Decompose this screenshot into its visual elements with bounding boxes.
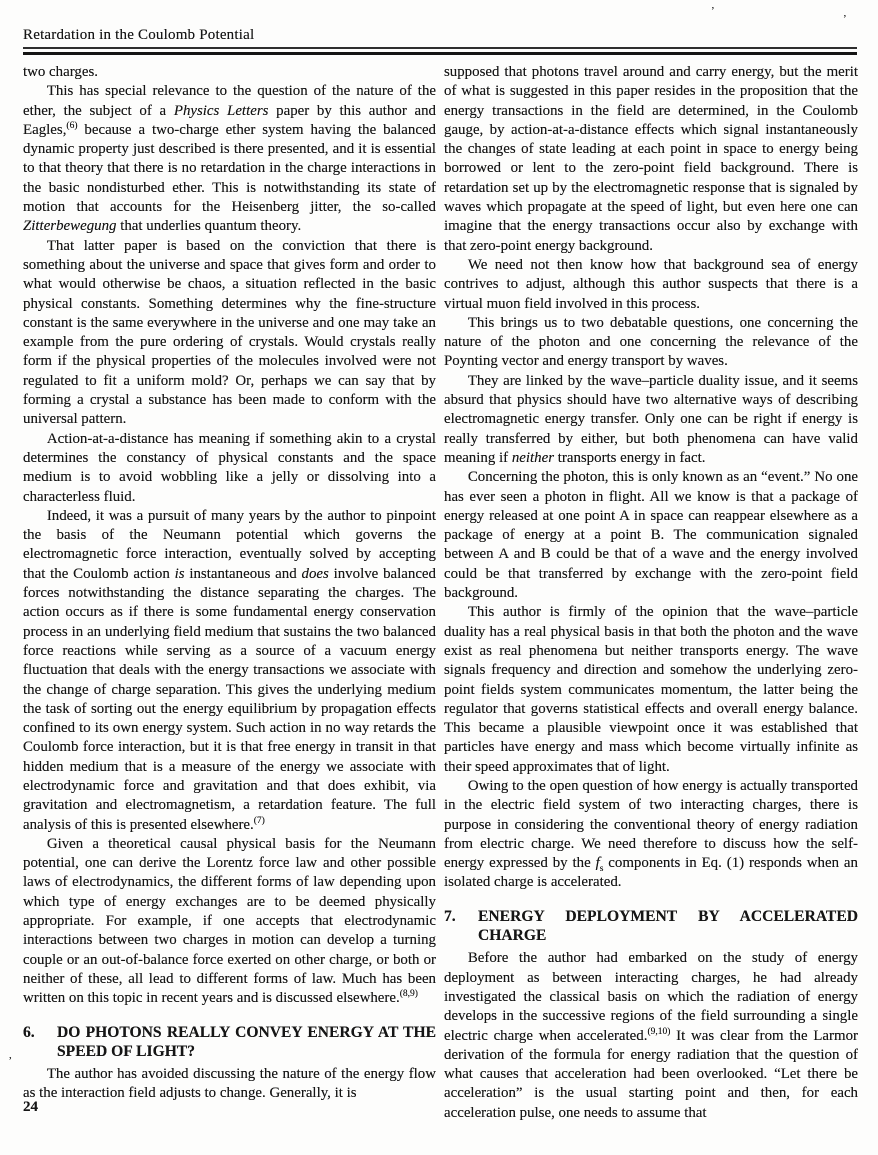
paragraph: Before the author had embarked on the st… [444, 949, 858, 1123]
header-rule [23, 47, 857, 55]
paragraph: Owing to the open question of how energy… [444, 777, 858, 893]
paragraph: Indeed, it was a pursuit of many years b… [23, 507, 436, 835]
paragraph: two charges. [23, 63, 436, 82]
section-title-line: CHARGE [478, 926, 858, 945]
section-number: 7. [444, 907, 456, 926]
page-number: 24 [23, 1099, 38, 1116]
paragraph: We need not then know how that backgroun… [444, 256, 858, 314]
section-title-line: SPEED OF LIGHT? [57, 1042, 436, 1061]
paragraph: supposed that photons travel around and … [444, 63, 858, 256]
running-head: Retardation in the Coulomb Potential [23, 27, 254, 44]
section-heading: 6.DO PHOTONS REALLY CONVEY ENERGY AT THE… [23, 1023, 436, 1062]
paragraph: They are linked by the wave–particle dua… [444, 372, 858, 468]
paragraph: Action-at-a-distance has meaning if some… [23, 430, 436, 507]
document-page: Retardation in the Coulomb Potential two… [0, 0, 878, 1155]
section-heading: 7.ENERGY DEPLOYMENT BY ACCELERATEDCHARGE [444, 907, 858, 946]
section-title-line: ENERGY DEPLOYMENT BY ACCELERATED [478, 907, 858, 926]
scan-speck: , [9, 1049, 12, 1061]
paragraph: That latter paper is based on the convic… [23, 237, 436, 430]
paragraph: Concerning the photon, this is only know… [444, 468, 858, 603]
column-left: two charges.This has special relevance t… [23, 63, 436, 1104]
paragraph: This has special relevance to the questi… [23, 82, 436, 236]
paragraph: The author has avoided discussing the na… [23, 1065, 436, 1104]
section-number: 6. [23, 1023, 35, 1042]
scan-speck: ’ [843, 13, 847, 25]
paragraph: This author is firmly of the opinion tha… [444, 603, 858, 777]
scan-speck: ’ [711, 5, 715, 17]
paragraph: Given a theoretical causal physical basi… [23, 835, 436, 1009]
column-right: supposed that photons travel around and … [444, 63, 858, 1123]
section-title-line: DO PHOTONS REALLY CONVEY ENERGY AT THE [57, 1023, 436, 1042]
paragraph: This brings us to two debatable question… [444, 314, 858, 372]
